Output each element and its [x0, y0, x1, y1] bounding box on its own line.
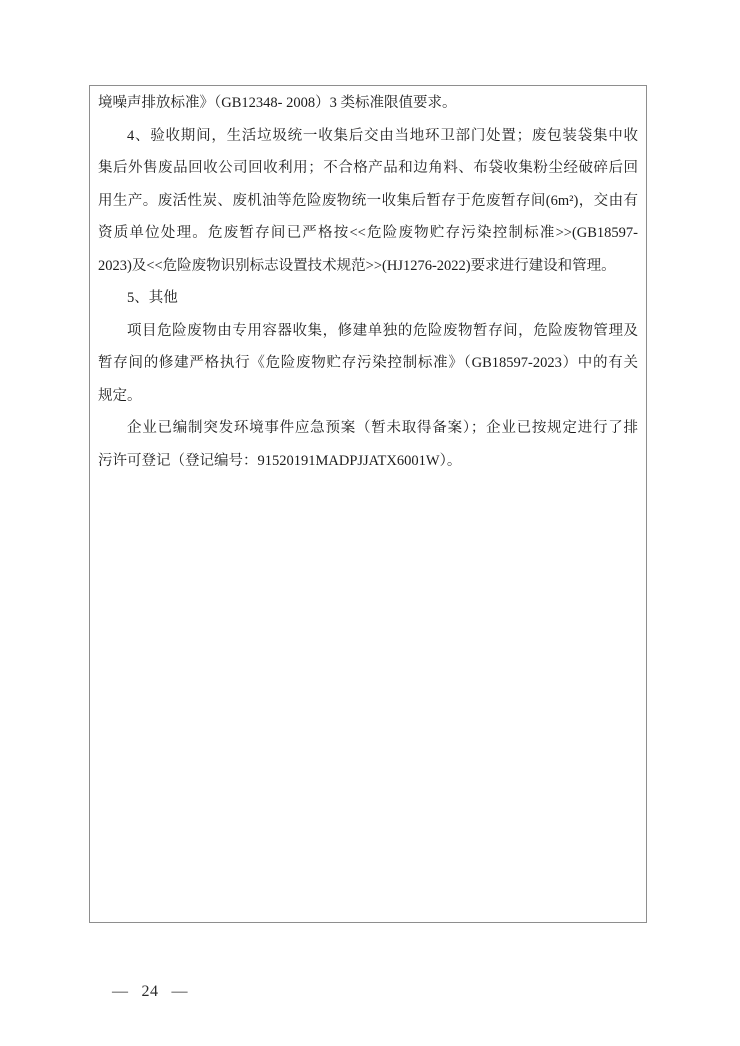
- text-line: 暂存间的修建严格执行《危险废物贮存污染控制标准》（GB18597-2023）中的…: [98, 347, 638, 380]
- text-line: 境噪声排放标准》（GB12348- 2008）3 类标准限值要求。: [98, 87, 638, 120]
- paragraph: 项目危险废物由专用容器收集，修建单独的危险废物暂存间，危险废物管理及暂存间的修建…: [98, 315, 638, 413]
- paragraph: 4、验收期间，生活垃圾统一收集后交由当地环卫部门处置；废包装袋集中收集后外售废品…: [98, 120, 638, 283]
- text-line: 4、验收期间，生活垃圾统一收集后交由当地环卫部门处置；废包装袋集中收: [98, 120, 638, 153]
- footer-dash-right: —: [172, 983, 189, 1001]
- document-box: 境噪声排放标准》（GB12348- 2008）3 类标准限值要求。4、验收期间，…: [89, 85, 647, 923]
- text-line: 用生产。废活性炭、废机油等危险废物统一收集后暂存于危废暂存间(6m²)，交由有: [98, 185, 638, 218]
- paragraph: 企业已编制突发环境事件应急预案（暂未取得备案）；企业已按规定进行了排污许可登记（…: [98, 412, 638, 477]
- text-line: 项目危险废物由专用容器收集，修建单独的危险废物暂存间，危险废物管理及: [98, 315, 638, 348]
- footer-dash-left: —: [112, 983, 129, 1001]
- text-line: 规定。: [98, 380, 638, 413]
- paragraph: 5、其他: [98, 282, 638, 315]
- text-line: 污许可登记（登记编号：91520191MADPJJATX6001W）。: [98, 445, 638, 478]
- text-line: 5、其他: [98, 282, 638, 315]
- text-line: 2023)及<<危险废物识别标志设置技术规范>>(HJ1276-2022)要求进…: [98, 250, 638, 283]
- document-page: { "document": { "paragraphs": [ { "inden…: [0, 0, 740, 1046]
- text-line: 企业已编制突发环境事件应急预案（暂未取得备案）；企业已按规定进行了排: [98, 412, 638, 445]
- text-line: 资质单位处理。危废暂存间已严格按<<危险废物贮存污染控制标准>>(GB18597…: [98, 217, 638, 250]
- text-line: 集后外售废品回收公司回收利用；不合格产品和边角料、布袋收集粉尘经破碎后回: [98, 152, 638, 185]
- paragraph: 境噪声排放标准》（GB12348- 2008）3 类标准限值要求。: [98, 87, 638, 120]
- page-footer: — 24 —: [112, 983, 188, 1001]
- footer-page-number: 24: [142, 983, 159, 1001]
